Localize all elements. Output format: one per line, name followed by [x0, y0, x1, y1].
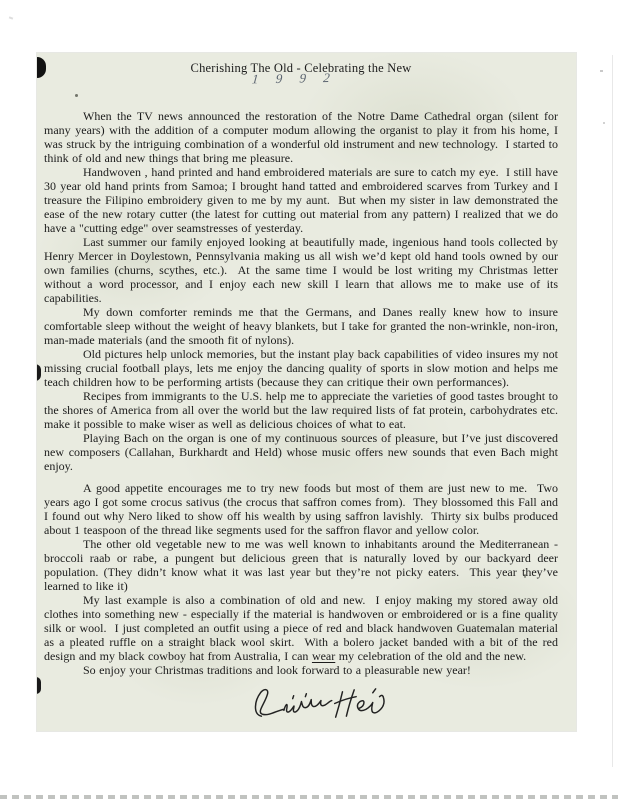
scan-speck [603, 122, 605, 124]
signature-script-drawing [247, 683, 395, 724]
underlined-word: wear [312, 649, 335, 663]
letter-paragraph: Playing Bach on the organ is one of my c… [44, 431, 558, 473]
scan-bottom-artifact [0, 795, 618, 799]
letter-paragraph: The other old vegetable new to me was we… [44, 537, 558, 593]
letter-paragraph: Old pictures help unlock memories, but t… [44, 347, 558, 389]
letter-paragraph-final: My last example is also a combination of… [44, 593, 558, 663]
scan-speck [9, 16, 13, 19]
binder-hole-mark [37, 364, 41, 381]
typed-signature-name: Lillian Heil [44, 729, 558, 731]
letter-paragraph: My down comforter reminds me that the Ge… [44, 305, 558, 347]
letter-paper: Cherishing The Old - Celebrating the New… [37, 53, 576, 731]
letter-content: Cherishing The Old - Celebrating the New… [44, 61, 558, 731]
letter-paragraph: When the TV news announced the restorati… [44, 109, 558, 165]
signature-block: Lillian Heil [44, 683, 558, 731]
scanned-letter-page: Cherishing The Old - Celebrating the New… [0, 0, 618, 800]
letter-paragraph: Handwoven , hand printed and hand embroi… [44, 165, 558, 235]
letter-paragraph: A good appetite encourages me to try new… [44, 481, 558, 537]
closing-line: So enjoy your Christmas traditions and l… [44, 663, 558, 677]
handwritten-signature [247, 683, 395, 729]
letter-body: When the TV news announced the restorati… [44, 109, 558, 677]
scan-edge-line [612, 55, 613, 767]
letter-paragraph: Recipes from immigrants to the U.S. help… [44, 389, 558, 431]
final-paragraph-text: my celebration of the old and the new. [335, 649, 526, 663]
letter-paragraph: Last summer our family enjoyed looking a… [44, 235, 558, 305]
binder-hole-mark [37, 677, 41, 694]
scan-speck [600, 70, 603, 72]
